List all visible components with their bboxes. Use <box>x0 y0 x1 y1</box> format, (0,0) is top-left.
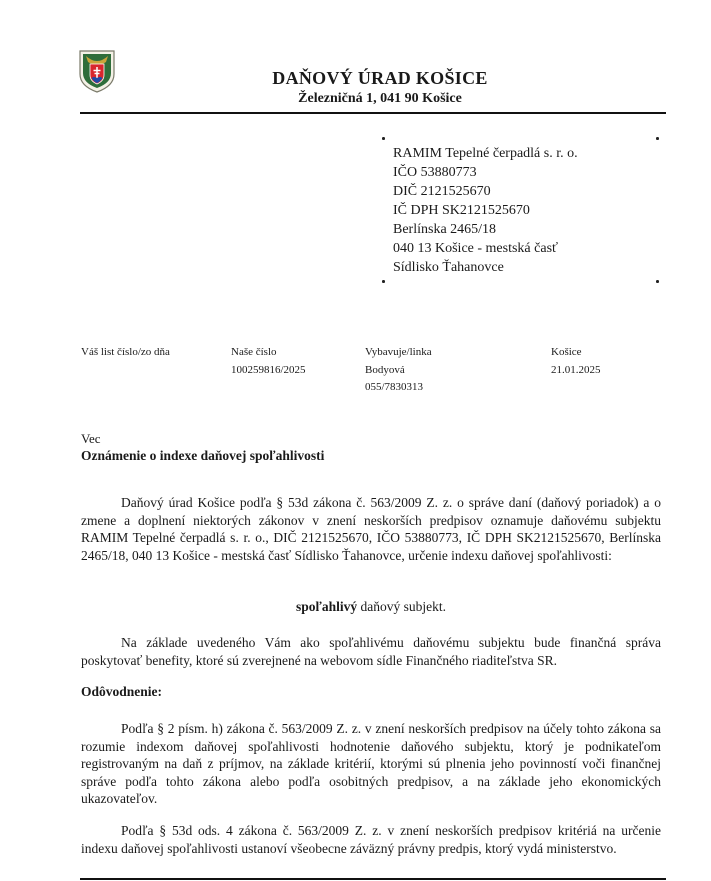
ref-our-number: Naše číslo 100259816/2025 <box>231 344 306 379</box>
ref-place-label: Košice <box>551 344 601 362</box>
footer-divider <box>80 878 666 880</box>
rating-suffix: daňový subjekt. <box>357 599 446 614</box>
justification-heading: Odôvodnenie: <box>81 684 162 700</box>
justification-text-1: Podľa § 2 písm. h) zákona č. 563/2009 Z.… <box>81 721 661 806</box>
ref-handled-by-label: Vybavuje/linka <box>365 344 432 362</box>
justification-paragraph-1: Podľa § 2 písm. h) zákona č. 563/2009 Z.… <box>81 720 661 808</box>
justification-text-2: Podľa § 53d ods. 4 zákona č. 563/2009 Z.… <box>81 823 661 856</box>
header-divider <box>80 112 666 114</box>
office-address: Železničná 1, 041 90 Košice <box>200 91 560 107</box>
office-title: DAŇOVÝ ÚRAD KOŠICE <box>200 68 560 89</box>
recipient-street: Berlínska 2465/18 <box>393 220 578 239</box>
ref-handled-by-phone: 055/7830313 <box>365 379 432 397</box>
address-window-mark <box>656 137 659 140</box>
ref-our-number-label: Naše číslo <box>231 344 306 362</box>
recipient-district: Sídlisko Ťahanovce <box>393 258 578 277</box>
ref-handled-by-name: Bodyová <box>365 362 432 380</box>
ref-place-date: Košice 21.01.2025 <box>551 344 601 379</box>
financna-sprava-emblem-icon <box>77 48 117 94</box>
ref-your-letter: Váš list číslo/zo dňa <box>81 344 170 362</box>
subject-title: Oznámenie o indexe daňovej spoľahlivosti <box>81 448 324 464</box>
recipient-address-block: RAMIM Tepelné čerpadlá s. r. o. IČO 5388… <box>393 144 578 277</box>
ref-your-letter-label: Váš list číslo/zo dňa <box>81 344 170 362</box>
subject-label: Vec <box>81 431 101 447</box>
recipient-dic: DIČ 2121525670 <box>393 182 578 201</box>
recipient-ic-dph: IČ DPH SK2121525670 <box>393 201 578 220</box>
intro-paragraph: Daňový úrad Košice podľa § 53d zákona č.… <box>81 494 661 564</box>
recipient-ico: IČO 53880773 <box>393 163 578 182</box>
ref-handled-by: Vybavuje/linka Bodyová 055/7830313 <box>365 344 432 397</box>
address-window-mark <box>382 137 385 140</box>
reliability-rating: spoľahlivý daňový subjekt. <box>81 599 661 615</box>
ref-date-value: 21.01.2025 <box>551 362 601 380</box>
justification-paragraph-2: Podľa § 53d ods. 4 zákona č. 563/2009 Z.… <box>81 822 661 857</box>
address-window-mark <box>382 280 385 283</box>
benefits-paragraph: Na základe uvedeného Vám ako spoľahlivém… <box>81 634 661 669</box>
ref-our-number-value: 100259816/2025 <box>231 362 306 380</box>
recipient-city: 040 13 Košice - mestská časť <box>393 239 578 258</box>
recipient-name: RAMIM Tepelné čerpadlá s. r. o. <box>393 144 578 163</box>
rating-value: spoľahlivý <box>296 599 357 614</box>
intro-text: Daňový úrad Košice podľa § 53d zákona č.… <box>81 495 661 563</box>
benefits-text: Na základe uvedeného Vám ako spoľahlivém… <box>81 635 661 668</box>
address-window-mark <box>656 280 659 283</box>
